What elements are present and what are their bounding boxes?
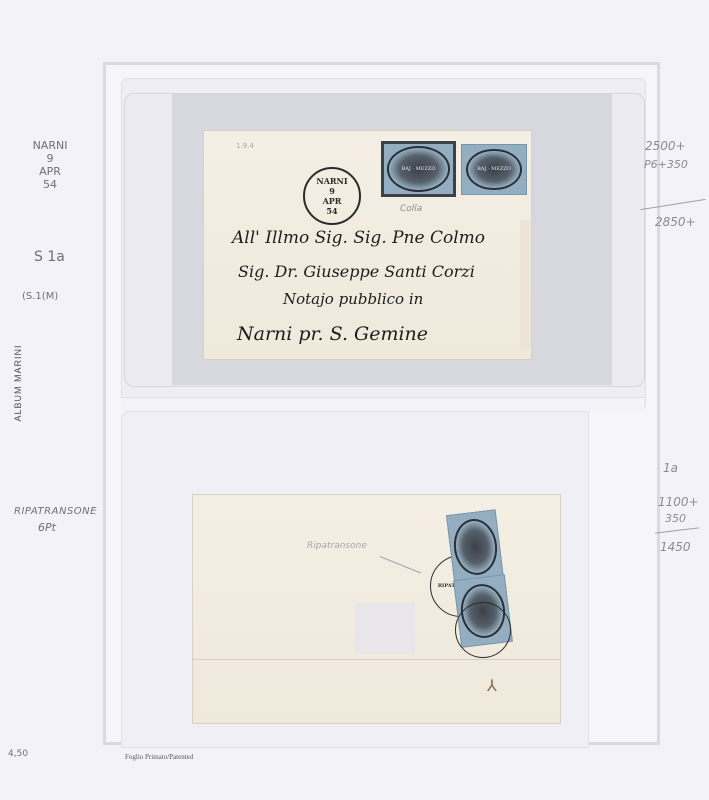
postmark-secondary <box>455 602 511 658</box>
stamp-crest-icon <box>450 517 499 578</box>
note-cover-1-total: 2850+ <box>655 213 696 231</box>
cover-2-pencil-note: Ripatransone <box>307 541 367 551</box>
stamp-2[interactable]: BAJ · MEZZO <box>461 144 527 195</box>
cover-1-pencil-note: Colla <box>400 204 422 214</box>
note-cover-2-value: 1100+ <box>658 493 699 511</box>
page-footer-label: Foglio Primato/Patented <box>125 753 193 761</box>
note-town: NARNI <box>30 139 70 152</box>
postmark-narni: NARNI 9 APR 54 <box>303 167 361 225</box>
postmark-month: APR <box>323 196 342 206</box>
stamp-crest-icon: BAJ · MEZZO <box>466 149 521 191</box>
note-cancellation-type: RIPATRANSONE <box>14 505 97 518</box>
address-line-4: Narni pr. S. Gemine <box>237 323 428 345</box>
note-catalogue-ref: S 1a <box>34 251 65 264</box>
stamp-1[interactable]: BAJ · MEZZO <box>381 141 456 197</box>
note-cover-2-premium: 350 <box>665 510 686 528</box>
note-cover-2-catalogue-ref: 1a <box>663 459 678 477</box>
note-cover-1-premium: P6+350 <box>644 156 688 174</box>
address-line-2: Sig. Dr. Giuseppe Santi Corzi <box>238 262 475 281</box>
note-postmark-date: NARNI 9 APR 54 <box>30 139 70 191</box>
cover-1-top-note: 1.9.4 <box>236 142 254 150</box>
bottom-sleeve-edge <box>121 397 644 412</box>
cover-1-flap <box>520 220 530 350</box>
note-cover-1-value: 2500+ <box>645 137 686 155</box>
address-line-1: All' Illmo Sig. Sig. Pne Colmo <box>232 228 485 248</box>
note-day: 9 <box>30 152 70 165</box>
album-spine-title: ALBUM MARINI <box>13 343 23 423</box>
stamp-denomination: BAJ · MEZZO <box>477 166 511 172</box>
note-bottom-faint: 4,50 <box>8 748 28 761</box>
postmark-year: 54 <box>326 206 337 216</box>
cover-2-repair-patch <box>355 602 415 654</box>
note-year: 54 <box>30 178 70 191</box>
postmark-day: 9 <box>329 186 335 196</box>
address-line-3: Notajo pubblico in <box>283 290 423 308</box>
cover-2-fold-line <box>193 659 560 660</box>
note-cancellation-points: 6Pt <box>38 521 56 534</box>
stamp-pair-top[interactable] <box>446 509 504 585</box>
note-cover-2-total: 1450 <box>660 538 691 556</box>
postmark-town: NARNI <box>316 176 347 186</box>
note-month: APR <box>30 165 70 178</box>
note-faint-ref: (S.1(M) <box>22 290 58 303</box>
note-sum-rule <box>655 527 699 533</box>
wax-seal-mark-icon: ⅄ <box>487 676 497 696</box>
stamp-denomination: BAJ · MEZZO <box>402 166 436 172</box>
stamp-crest-icon: BAJ · MEZZO <box>387 146 450 191</box>
